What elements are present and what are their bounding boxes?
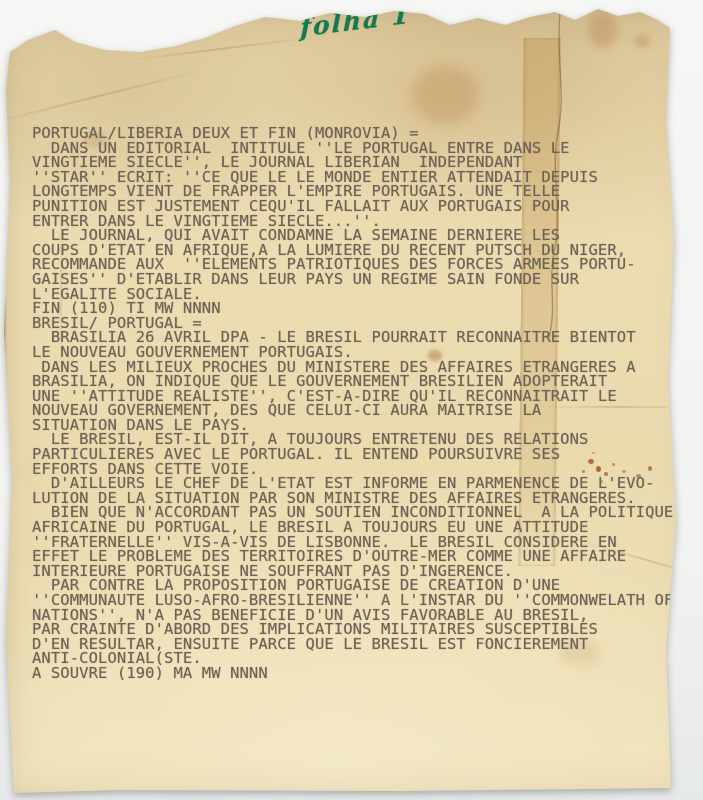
handwritten-note: folha 1 <box>300 0 420 42</box>
crease-line <box>121 36 320 62</box>
article-2-paragraph: LE BRESIL, EST-IL DIT, A TOUJOURS ENTRET… <box>32 432 682 476</box>
article-2-paragraph: D'AILLEURS LE CHEF DE L'ETAT EST INFORME… <box>32 476 682 505</box>
paper-edge-shading <box>0 298 5 468</box>
article-2-paragraph: PAR CONTRE LA PROPOSITION PORTUGAISE DE … <box>32 578 682 680</box>
stain-blotch <box>412 66 478 124</box>
article-1-paragraph: LE JOURNAL, QUI AVAIT CONDAMNE LA SEMAIN… <box>32 228 682 316</box>
paper-shadow-wrapper: folha 1 PORTUGAL/LIBERIA DEUX ET FIN (MO… <box>0 0 703 800</box>
article-1-paragraph: DANS UN EDITORIAL INTITULE ''LE PORTUGAL… <box>32 141 682 229</box>
crease-line <box>0 68 207 126</box>
scanned-telex-page: folha 1 PORTUGAL/LIBERIA DEUX ET FIN (MO… <box>0 0 703 800</box>
article-2-paragraph: BIEN QUE N'ACCORDANT PAS UN SOUTIEN INCO… <box>32 505 682 578</box>
stain-blotch <box>634 34 650 48</box>
article-2-paragraph: DANS LES MILIEUX PROCHES DU MINISTERE DE… <box>32 360 682 433</box>
aged-paper-sheet: folha 1 PORTUGAL/LIBERIA DEUX ET FIN (MO… <box>0 0 703 800</box>
stain-blotch <box>588 14 618 48</box>
paper-edge-notch <box>0 688 8 710</box>
article-2-paragraph: BRASILIA 26 AVRIL DPA - LE BRESIL POURRA… <box>32 330 682 359</box>
typewritten-text-column: PORTUGAL/LIBERIA DEUX ET FIN (MONROVIA) … <box>32 126 682 681</box>
